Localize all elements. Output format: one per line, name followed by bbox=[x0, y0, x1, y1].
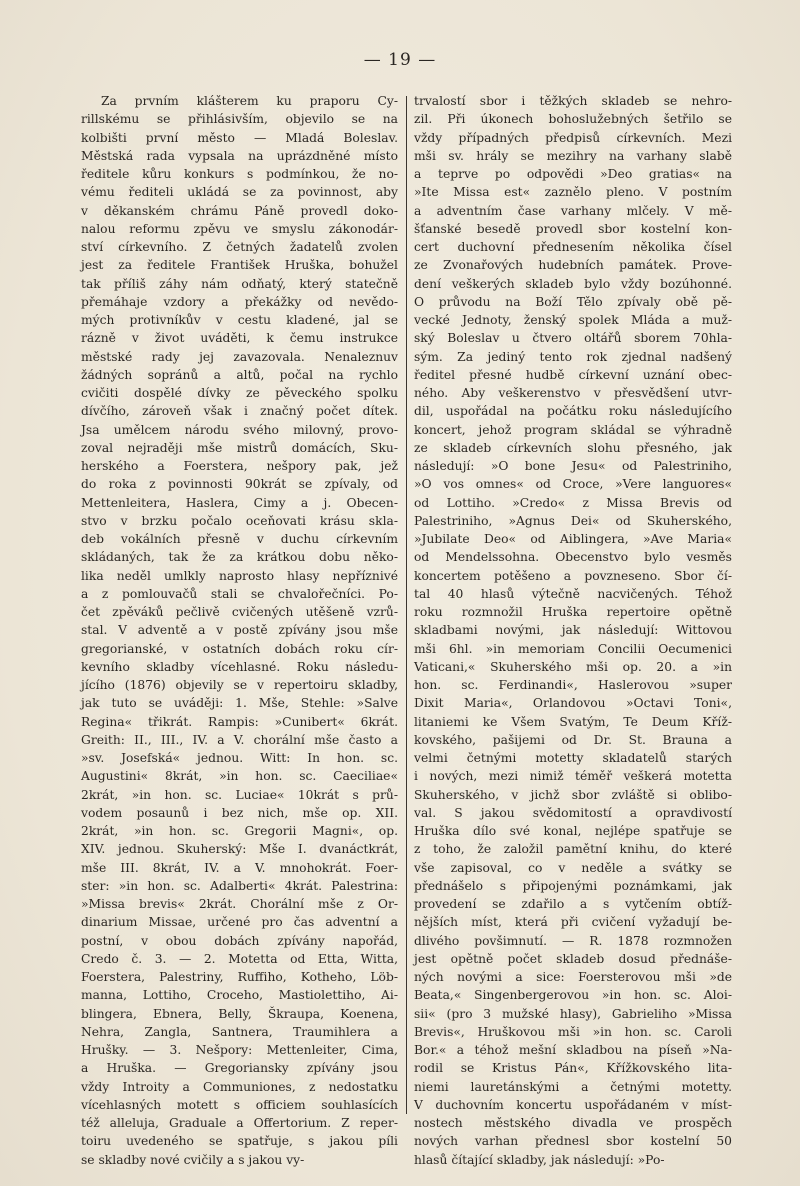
text-line: přednášelo s připojenými poznámkami, jak bbox=[414, 877, 732, 895]
text-line: mši 6hl. »in memoriam Concilii Oecumenic… bbox=[414, 640, 732, 658]
text-line: velmi četnými motetty skladatelů starých bbox=[414, 749, 732, 767]
text-line: »Jubilate Deo« od Aiblingera, »Ave Maria… bbox=[414, 530, 732, 548]
text-line: Foerstera, Palestriny, Ruffiho, Kotheho,… bbox=[81, 968, 398, 986]
text-line: »Missa brevis« 2krát. Chorální mše z Or- bbox=[81, 895, 398, 913]
text-line: ného. Aby veškerenstvo v přesvědšení utv… bbox=[414, 384, 732, 402]
text-line: vždy Introity a Communiones, z nedostatk… bbox=[81, 1078, 398, 1096]
text-line: mši sv. hrály se mezihry na varhany slab… bbox=[414, 147, 732, 165]
text-line: kevního skladby vícehlasné. Roku následu… bbox=[81, 658, 398, 676]
text-line: následují: »O bone Jesu« od Palestriniho… bbox=[414, 457, 732, 475]
text-line: šťanské besedě provedl sbor kostelní kon… bbox=[414, 220, 732, 238]
text-line: zoval nejraději mše mistrů domácích, Sku… bbox=[81, 439, 398, 457]
text-line: Greith: II., III., IV. a V. chorální mše… bbox=[81, 731, 398, 749]
text-line: stal. V adventě a v postě zpívány jsou m… bbox=[81, 621, 398, 639]
text-line: herského a Foerstera, nešpory pak, jež bbox=[81, 457, 398, 475]
text-line: niemi lauretánskými a četnými motetty. bbox=[414, 1078, 732, 1096]
text-line: sým. Za jediný tento rok zjednal nadšený bbox=[414, 348, 732, 366]
text-line: cvičiti dospělé dívky ze pěveckého spolk… bbox=[81, 384, 398, 402]
text-line: zil. Při úkonech bohoslužebných šetřilo … bbox=[414, 110, 732, 128]
text-line: »O vos omnes« od Croce, »Vere languores« bbox=[414, 475, 732, 493]
text-line: dení veškerých skladeb bylo vždy bozúhon… bbox=[414, 275, 732, 293]
text-line: Mettenleitera, Haslera, Cimy a j. Obecen… bbox=[81, 494, 398, 512]
text-line: nových varhan přednesl sbor kostelní 50 bbox=[414, 1132, 732, 1150]
text-line: blingera, Ebnera, Belly, Škraupa, Koenen… bbox=[81, 1005, 398, 1023]
text-line: dívčího, zároveň však i značný počet dít… bbox=[81, 402, 398, 420]
text-line: z toho, že založil pamětní knihu, do kte… bbox=[414, 840, 732, 858]
text-line: kovského, pašijemi od Dr. St. Brauna a bbox=[414, 731, 732, 749]
text-line: mých protivníkův v cestu kladené, jal se bbox=[81, 311, 398, 329]
text-line: dlivého povšimnutí. — R. 1878 rozmnožen bbox=[414, 932, 732, 950]
text-line: ze Zvonařových hudebních památek. Prove- bbox=[414, 256, 732, 274]
text-line: Skuherského, v jichž sbor zvláště si obl… bbox=[414, 786, 732, 804]
text-line: V duchovním koncertu uspořádaném v míst- bbox=[414, 1096, 732, 1114]
text-line: Městská rada vypsala na uprázdněné místo bbox=[81, 147, 398, 165]
text-line: se skladby nové cvičily a s jakou vy- bbox=[81, 1151, 398, 1169]
text-line: ský Boleslav u čtvero oltářů sborem 70hl… bbox=[414, 329, 732, 347]
text-line: rodil se Kristus Pán«, Křížkovského lita… bbox=[414, 1059, 732, 1077]
text-line: rázně v život uváděti, k čemu instrukce bbox=[81, 329, 398, 347]
text-line: skladbami novými, jak následují: Wittovo… bbox=[414, 621, 732, 639]
text-line: i nových, mezi nimiž téměř veškerá motet… bbox=[414, 767, 732, 785]
text-line: a Hruška. — Gregoriansky zpívány jsou bbox=[81, 1059, 398, 1077]
text-line: vícehlasných motett s officiem souhlasíc… bbox=[81, 1096, 398, 1114]
text-line: a adventním čase varhany mlčely. V mě- bbox=[414, 202, 732, 220]
text-line: trvalostí sbor i těžkých skladeb se nehr… bbox=[414, 92, 732, 110]
text-line: Regina« třikrát. Rampis: »Cunibert« 6krá… bbox=[81, 713, 398, 731]
text-line: manna, Lottiho, Croceho, Mastiolettiho, … bbox=[81, 986, 398, 1004]
text-line: mše III. 8krát, IV. a V. mnohokrát. Foer… bbox=[81, 859, 398, 877]
text-line: Augustini« 8krát, »in hon. sc. Caeciliae… bbox=[81, 767, 398, 785]
text-column-right: trvalostí sbor i těžkých skladeb se nehr… bbox=[414, 92, 732, 1169]
text-line: žádných sopránů a altů, počal na rychlo bbox=[81, 366, 398, 384]
text-line: jest za ředitele František Hruška, bohuž… bbox=[81, 256, 398, 274]
text-line: Hruška dílo své konal, nejlépe spatřuje … bbox=[414, 822, 732, 840]
text-line: XIV. jednou. Skuherský: Mše I. dvanáctkr… bbox=[81, 840, 398, 858]
text-line: Palestriniho, »Agnus Dei« od Skuherského… bbox=[414, 512, 732, 530]
text-line: Hrušky. — 3. Nešpory: Mettenleiter, Cima… bbox=[81, 1041, 398, 1059]
text-line: koncertem potěšeno a povzneseno. Sbor čí… bbox=[414, 567, 732, 585]
text-line: nostech městského divadla ve prospěch bbox=[414, 1114, 732, 1132]
text-line: vodem posaunů i bez nich, mše op. XII. bbox=[81, 804, 398, 822]
text-line: čet zpěváků pečlivě cvičených utěšeně vz… bbox=[81, 603, 398, 621]
text-line: sii« (pro 3 mužské hlasy), Gabrieliho »M… bbox=[414, 1005, 732, 1023]
text-line: Jsa umělcem národu svého milovný, provo- bbox=[81, 421, 398, 439]
text-line: koncert, jehož program skládal se výhrad… bbox=[414, 421, 732, 439]
text-line: »Ite Missa est« zaznělo pleno. V postním bbox=[414, 183, 732, 201]
text-line: hlasů čítající skladby, jak následují: »… bbox=[414, 1151, 732, 1169]
text-line: v děkanském chrámu Páně provedl doko- bbox=[81, 202, 398, 220]
text-line: vždy případných předpisů církevních. Mez… bbox=[414, 129, 732, 147]
text-line: Bor.« a téhož mešní skladbou na píseň »N… bbox=[414, 1041, 732, 1059]
text-line: od Mendelssohna. Obecenstvo bylo vesměs bbox=[414, 548, 732, 566]
text-line: O průvodu na Boží Tělo zpívaly obě pě- bbox=[414, 293, 732, 311]
text-line: jak tuto se uváději: 1. Mše, Stehle: »Sa… bbox=[81, 694, 398, 712]
text-line: Nehra, Zangla, Santnera, Traumihlera a bbox=[81, 1023, 398, 1041]
text-line: 2krát, »in hon. sc. Luciae« 10krát s prů… bbox=[81, 786, 398, 804]
text-line: skládaných, tak že za krátkou dobu něko- bbox=[81, 548, 398, 566]
text-line: gregorianské, v ostatních dobách roku cí… bbox=[81, 640, 398, 658]
text-line: tak příliš záhy nám odňatý, který stateč… bbox=[81, 275, 398, 293]
text-line: Beata,« Singenbergerovou »in hon. sc. Al… bbox=[414, 986, 732, 1004]
text-line: postní, v obou dobách zpívány napořád, bbox=[81, 932, 398, 950]
text-line: Dixit Maria«, Orlandovou »Octavi Toni«, bbox=[414, 694, 732, 712]
text-line: lika neděl umlkly naprosto hlasy nepřízn… bbox=[81, 567, 398, 585]
text-line: Credo č. 3. — 2. Motetta od Etta, Witta, bbox=[81, 950, 398, 968]
text-line: Vaticani,« Skuherského mši op. 20. a »in bbox=[414, 658, 732, 676]
text-line: ných novými a sice: Foersterovou mši »de bbox=[414, 968, 732, 986]
text-line: tal 40 hlasů výtečně nacvičených. Téhož bbox=[414, 585, 732, 603]
text-line: též alleluja, Graduale a Offertorium. Z … bbox=[81, 1114, 398, 1132]
text-line: jícího (1876) objevily se v repertoiru s… bbox=[81, 676, 398, 694]
text-line: nalou reformu zpěvu ve smyslu zákonodár- bbox=[81, 220, 398, 238]
page-number: — 19 — bbox=[0, 50, 800, 70]
text-line: litaniemi ke Všem Svatým, Te Deum Kříž- bbox=[414, 713, 732, 731]
text-line: městské rady jej zavazovala. Nenaleznuv bbox=[81, 348, 398, 366]
text-line: vše zapisoval, co v neděle a svátky se bbox=[414, 859, 732, 877]
text-line: Brevis«, Hruškovou mši »in hon. sc. Caro… bbox=[414, 1023, 732, 1041]
text-line: dil, uspořádal na počátku roku následují… bbox=[414, 402, 732, 420]
text-line: vému řediteli ukládá se za povinnost, ab… bbox=[81, 183, 398, 201]
text-line: 2krát, »in hon. sc. Gregorii Magni«, op. bbox=[81, 822, 398, 840]
text-line: Za prvním klášterem ku praporu Cy- bbox=[81, 92, 398, 110]
text-line: toiru uvedeného se spatřuje, s jakou píl… bbox=[81, 1132, 398, 1150]
text-line: a z pomlouvačů stali se chvalořečníci. P… bbox=[81, 585, 398, 603]
text-line: vecké Jednoty, ženský spolek Mláda a muž… bbox=[414, 311, 732, 329]
text-line: rillskému se přihlásivším, objevilo se n… bbox=[81, 110, 398, 128]
text-line: dinarium Missae, určené pro čas adventní… bbox=[81, 913, 398, 931]
text-line: »sv. Josefská« jednou. Witt: In hon. sc. bbox=[81, 749, 398, 767]
text-line: provedení se zdařilo a s vytčením obtíž- bbox=[414, 895, 732, 913]
text-line: do roka z povinnosti 90krát se zpívaly, … bbox=[81, 475, 398, 493]
text-line: ředitel přesné hudbě církevní uznání obe… bbox=[414, 366, 732, 384]
text-column-left: Za prvním klášterem ku praporu Cy-rillsk… bbox=[81, 92, 398, 1169]
text-line: ředitele kůru konkurs s podmínkou, že no… bbox=[81, 165, 398, 183]
text-line: deb vokálních přesně v duchu církevním bbox=[81, 530, 398, 548]
text-line: ster: »in hon. sc. Adalberti« 4krát. Pal… bbox=[81, 877, 398, 895]
text-line: a teprve po odpovědi »Deo gratias« na bbox=[414, 165, 732, 183]
text-line: stvo v brzku počalo oceňovati krásu skla… bbox=[81, 512, 398, 530]
text-line: nějších míst, která při cvičení vyžadují… bbox=[414, 913, 732, 931]
text-line: jest opětně počet skladeb dosud přednáše… bbox=[414, 950, 732, 968]
text-line: cert duchovní přednesením několika čísel bbox=[414, 238, 732, 256]
text-line: ství církevního. Z četných žadatelů zvol… bbox=[81, 238, 398, 256]
text-line: roku rozmnožil Hruška repertoire opětně bbox=[414, 603, 732, 621]
text-line: val. S jakou svědomitostí a opravdivostí bbox=[414, 804, 732, 822]
scanned-page: — 19 — Za prvním klášterem ku praporu Cy… bbox=[0, 0, 800, 1186]
text-line: ze skladeb církevních slohu přesného, ja… bbox=[414, 439, 732, 457]
text-line: přemáhaje vzdory a překážky od nevědo- bbox=[81, 293, 398, 311]
text-line: kolbišti první město — Mladá Boleslav. bbox=[81, 129, 398, 147]
text-line: od Lottiho. »Credo« z Missa Brevis od bbox=[414, 494, 732, 512]
text-line: hon. sc. Ferdinandi«, Haslerovou »super bbox=[414, 676, 732, 694]
column-divider bbox=[406, 96, 407, 1114]
